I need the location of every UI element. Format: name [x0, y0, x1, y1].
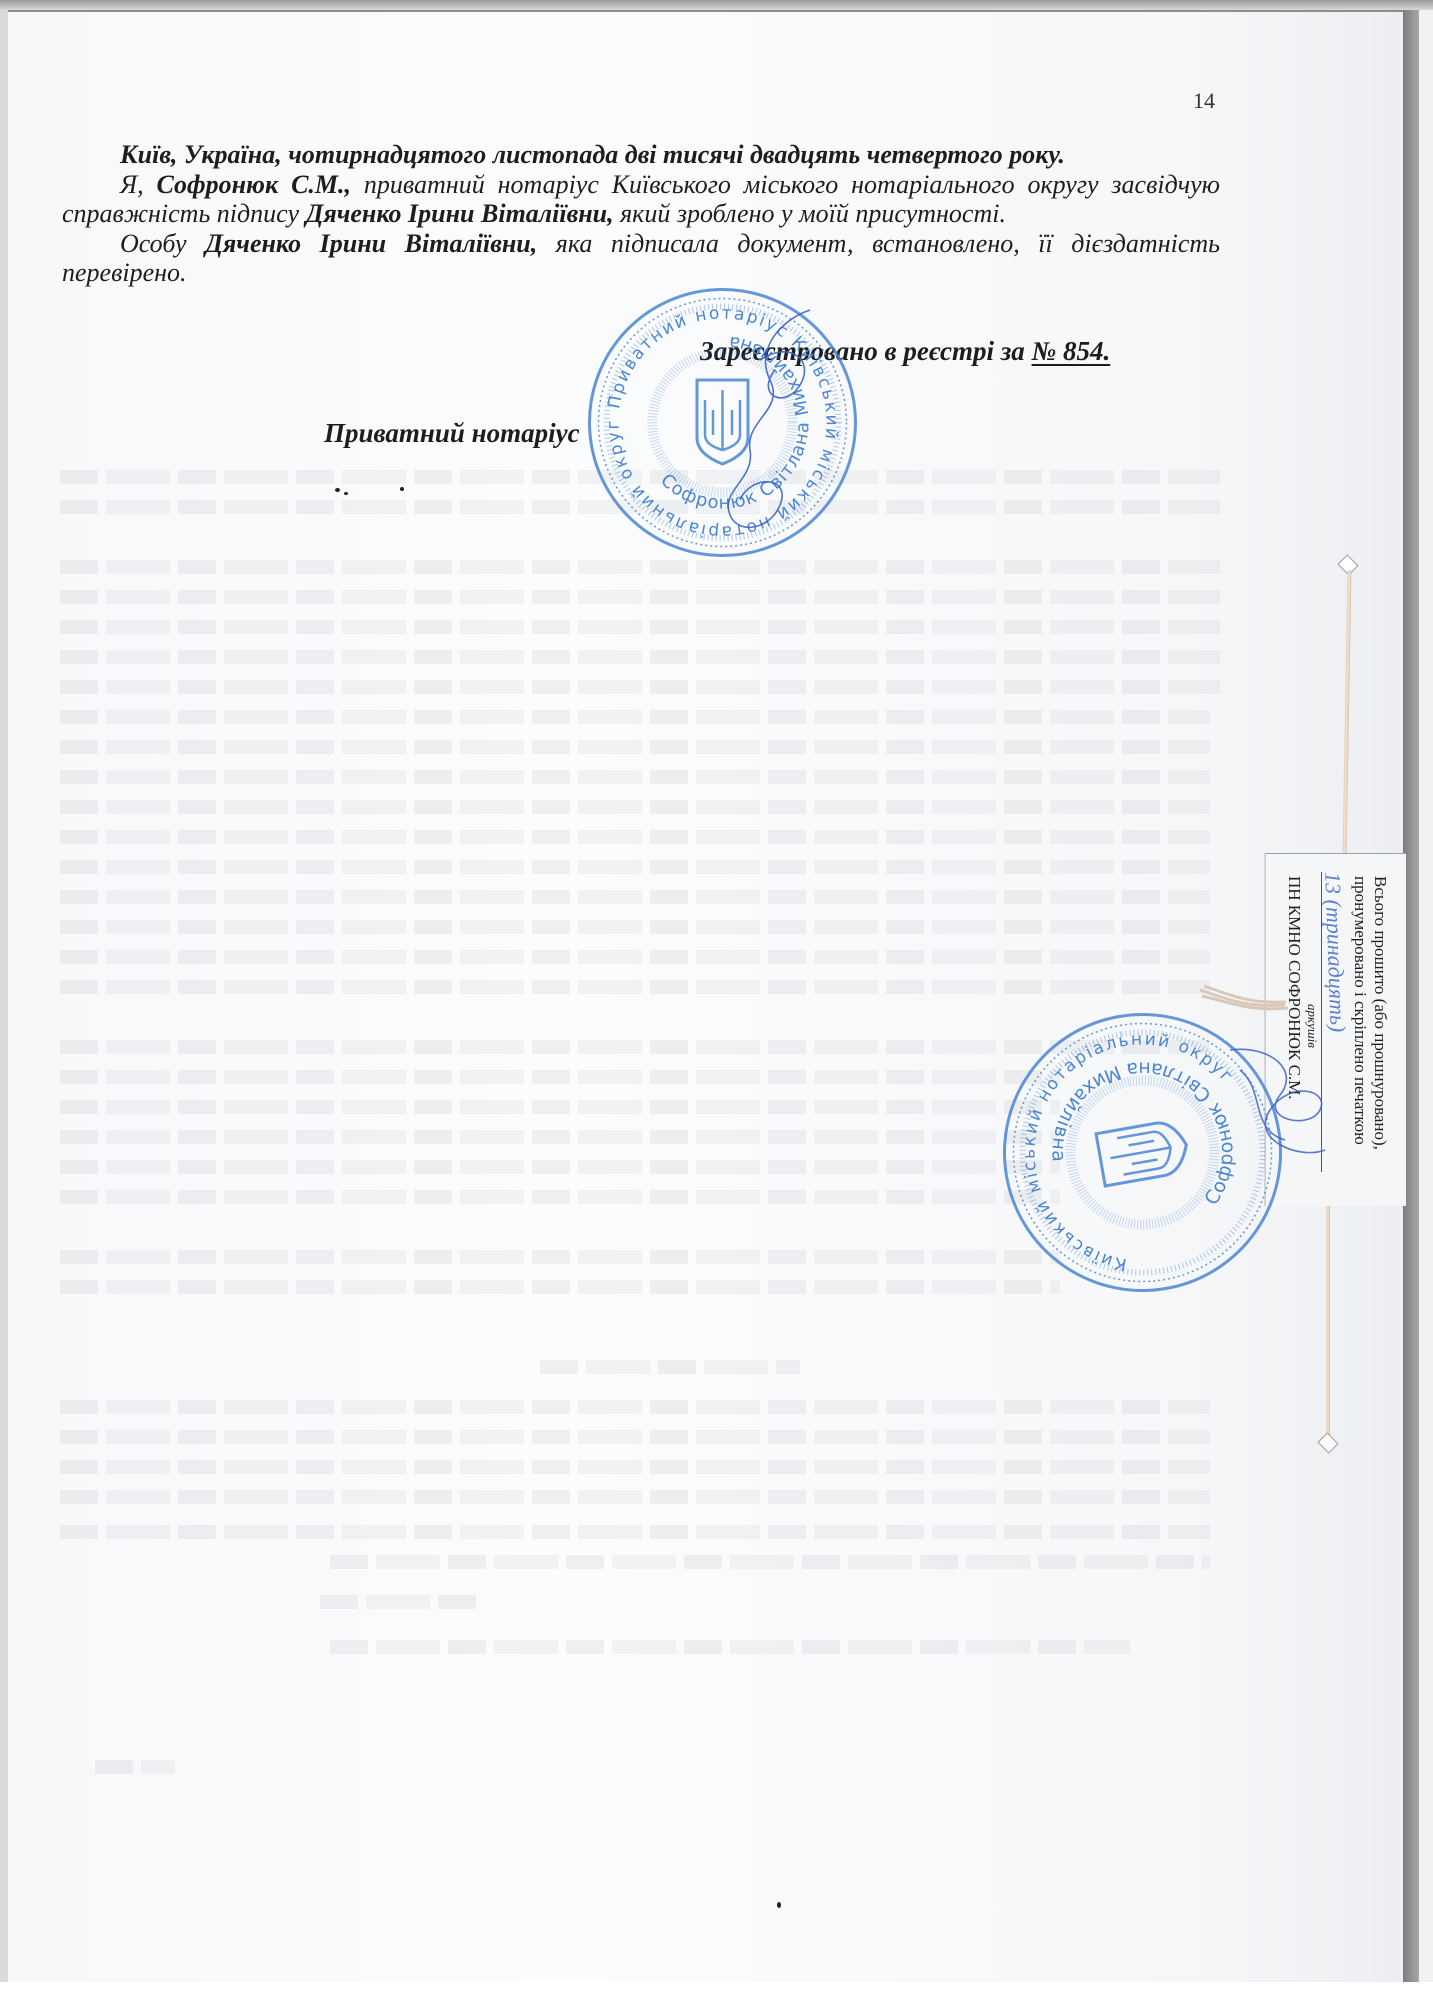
notary-name: Софронюк С.М.,	[156, 170, 351, 199]
place-date-line: Київ, Україна, чотирнадцятого листопада …	[62, 140, 1220, 170]
binding-thread	[1326, 1205, 1330, 1440]
ink-speck	[344, 492, 348, 495]
scan-bottom-edge	[0, 1982, 1433, 2000]
scan-top-edge	[0, 0, 1433, 10]
page-number: 14	[1193, 88, 1215, 114]
ink-speck	[400, 487, 404, 491]
registry-number: № 854.	[1032, 336, 1111, 366]
binding-signature-scribble	[1210, 1040, 1340, 1180]
ink-speck	[777, 1902, 781, 1908]
ink-speck	[335, 488, 340, 492]
signature-scribble	[660, 300, 840, 560]
certification-paragraph: Я, Софронюк С.М., приватний нотаріус Киї…	[62, 170, 1220, 229]
scan-left-edge	[0, 10, 8, 1982]
identity-paragraph: Особу Дяченко Ірини Віталіївни, яка підп…	[62, 229, 1220, 288]
signer-name: Дяченко Ірини Віталіївни,	[306, 199, 614, 228]
signer-name-2: Дяченко Ірини Віталіївни,	[205, 229, 537, 258]
handwritten-page-count: 13 (тринадцять)	[1319, 872, 1351, 1033]
certification-text: Київ, Україна, чотирнадцятого листопада …	[62, 140, 1220, 288]
signer-title: Приватний нотаріус	[324, 418, 580, 449]
